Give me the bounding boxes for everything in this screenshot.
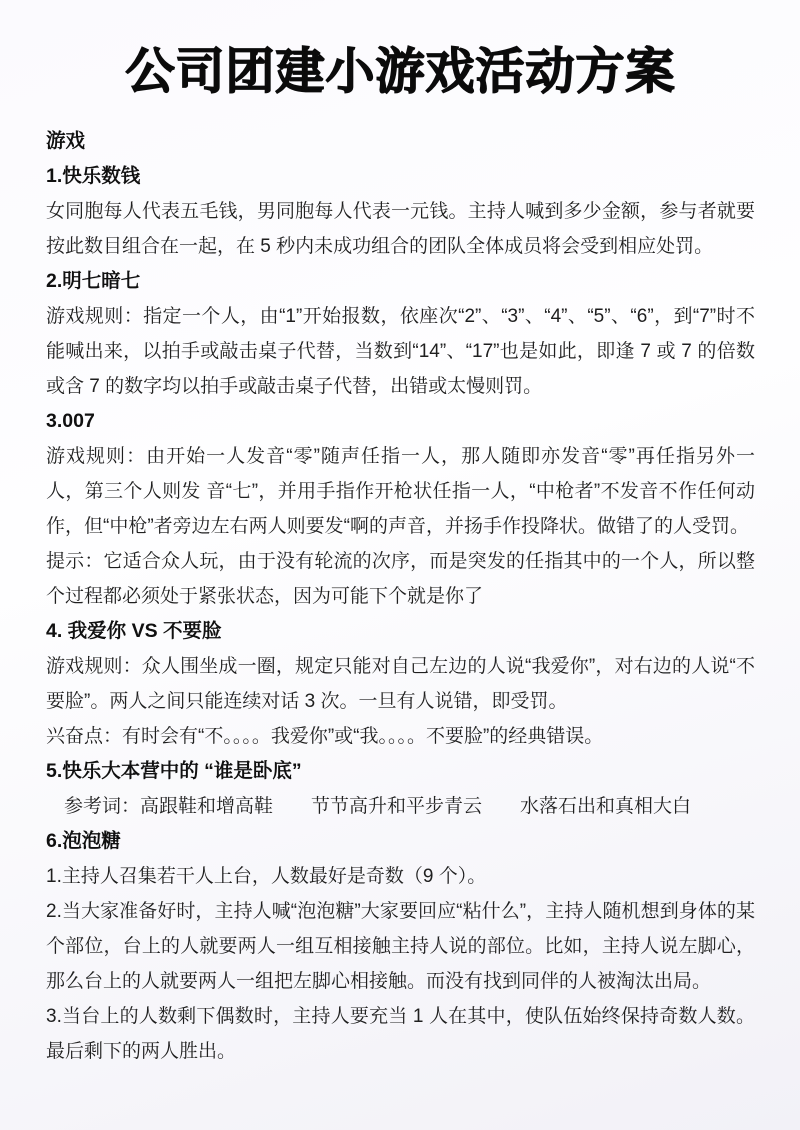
game-4-highlight: 兴奋点：有时会有“不。。。。我爱你”或“我。。。。不要脸”的经典错误。: [46, 719, 755, 754]
page-title: 公司团建小游戏活动方案: [46, 42, 755, 102]
game-4-heading: 4. 我爱你 VS 不要脸: [46, 614, 755, 649]
game-2-heading: 2.明七暗七: [46, 264, 755, 299]
game-4-rules: 游戏规则：众人围坐成一圈，规定只能对自己左边的人说“我爱你”，对右边的人说“不要…: [46, 649, 755, 719]
game-3-tip: 提示：它适合众人玩，由于没有轮流的次序，而是突发的任指其中的一个人，所以整个过程…: [46, 544, 755, 614]
game-6-step-3: 3.当台上的人数剩下偶数时，主持人要充当 1 人在其中，使队伍始终保持奇数人数。…: [46, 999, 755, 1069]
game-1-heading: 1.快乐数钱: [46, 159, 755, 194]
game-3-rules: 游戏规则：由开始一人发音“零”随声任指一人，那人随即亦发音“零”再任指另外一人，…: [46, 439, 755, 544]
game-5-reference-words: 参考词：高跟鞋和增高鞋 节节高升和平步青云 水落石出和真相大白: [46, 789, 755, 824]
game-6-heading: 6.泡泡糖: [46, 824, 755, 859]
game-6-step-2: 2.当大家准备好时，主持人喊“泡泡糖”大家要回应“粘什么”，主持人随机想到身体的…: [46, 894, 755, 999]
document-page: 公司团建小游戏活动方案 游戏 1.快乐数钱 女同胞每人代表五毛钱，男同胞每人代表…: [0, 0, 800, 1130]
game-5-heading: 5.快乐大本营中的 “谁是卧底”: [46, 754, 755, 789]
game-6-step-1: 1.主持人召集若干人上台，人数最好是奇数（9 个）。: [46, 859, 755, 894]
game-3-heading: 3.007: [46, 404, 755, 439]
game-1-description: 女同胞每人代表五毛钱，男同胞每人代表一元钱。主持人喊到多少金额，参与者就要按此数…: [46, 194, 755, 264]
document-body: 游戏 1.快乐数钱 女同胞每人代表五毛钱，男同胞每人代表一元钱。主持人喊到多少金…: [46, 124, 755, 1069]
doc-label-games: 游戏: [46, 124, 755, 159]
game-2-rules: 游戏规则：指定一个人，由“1”开始报数，依座次“2”、“3”、“4”、“5”、“…: [46, 299, 755, 404]
